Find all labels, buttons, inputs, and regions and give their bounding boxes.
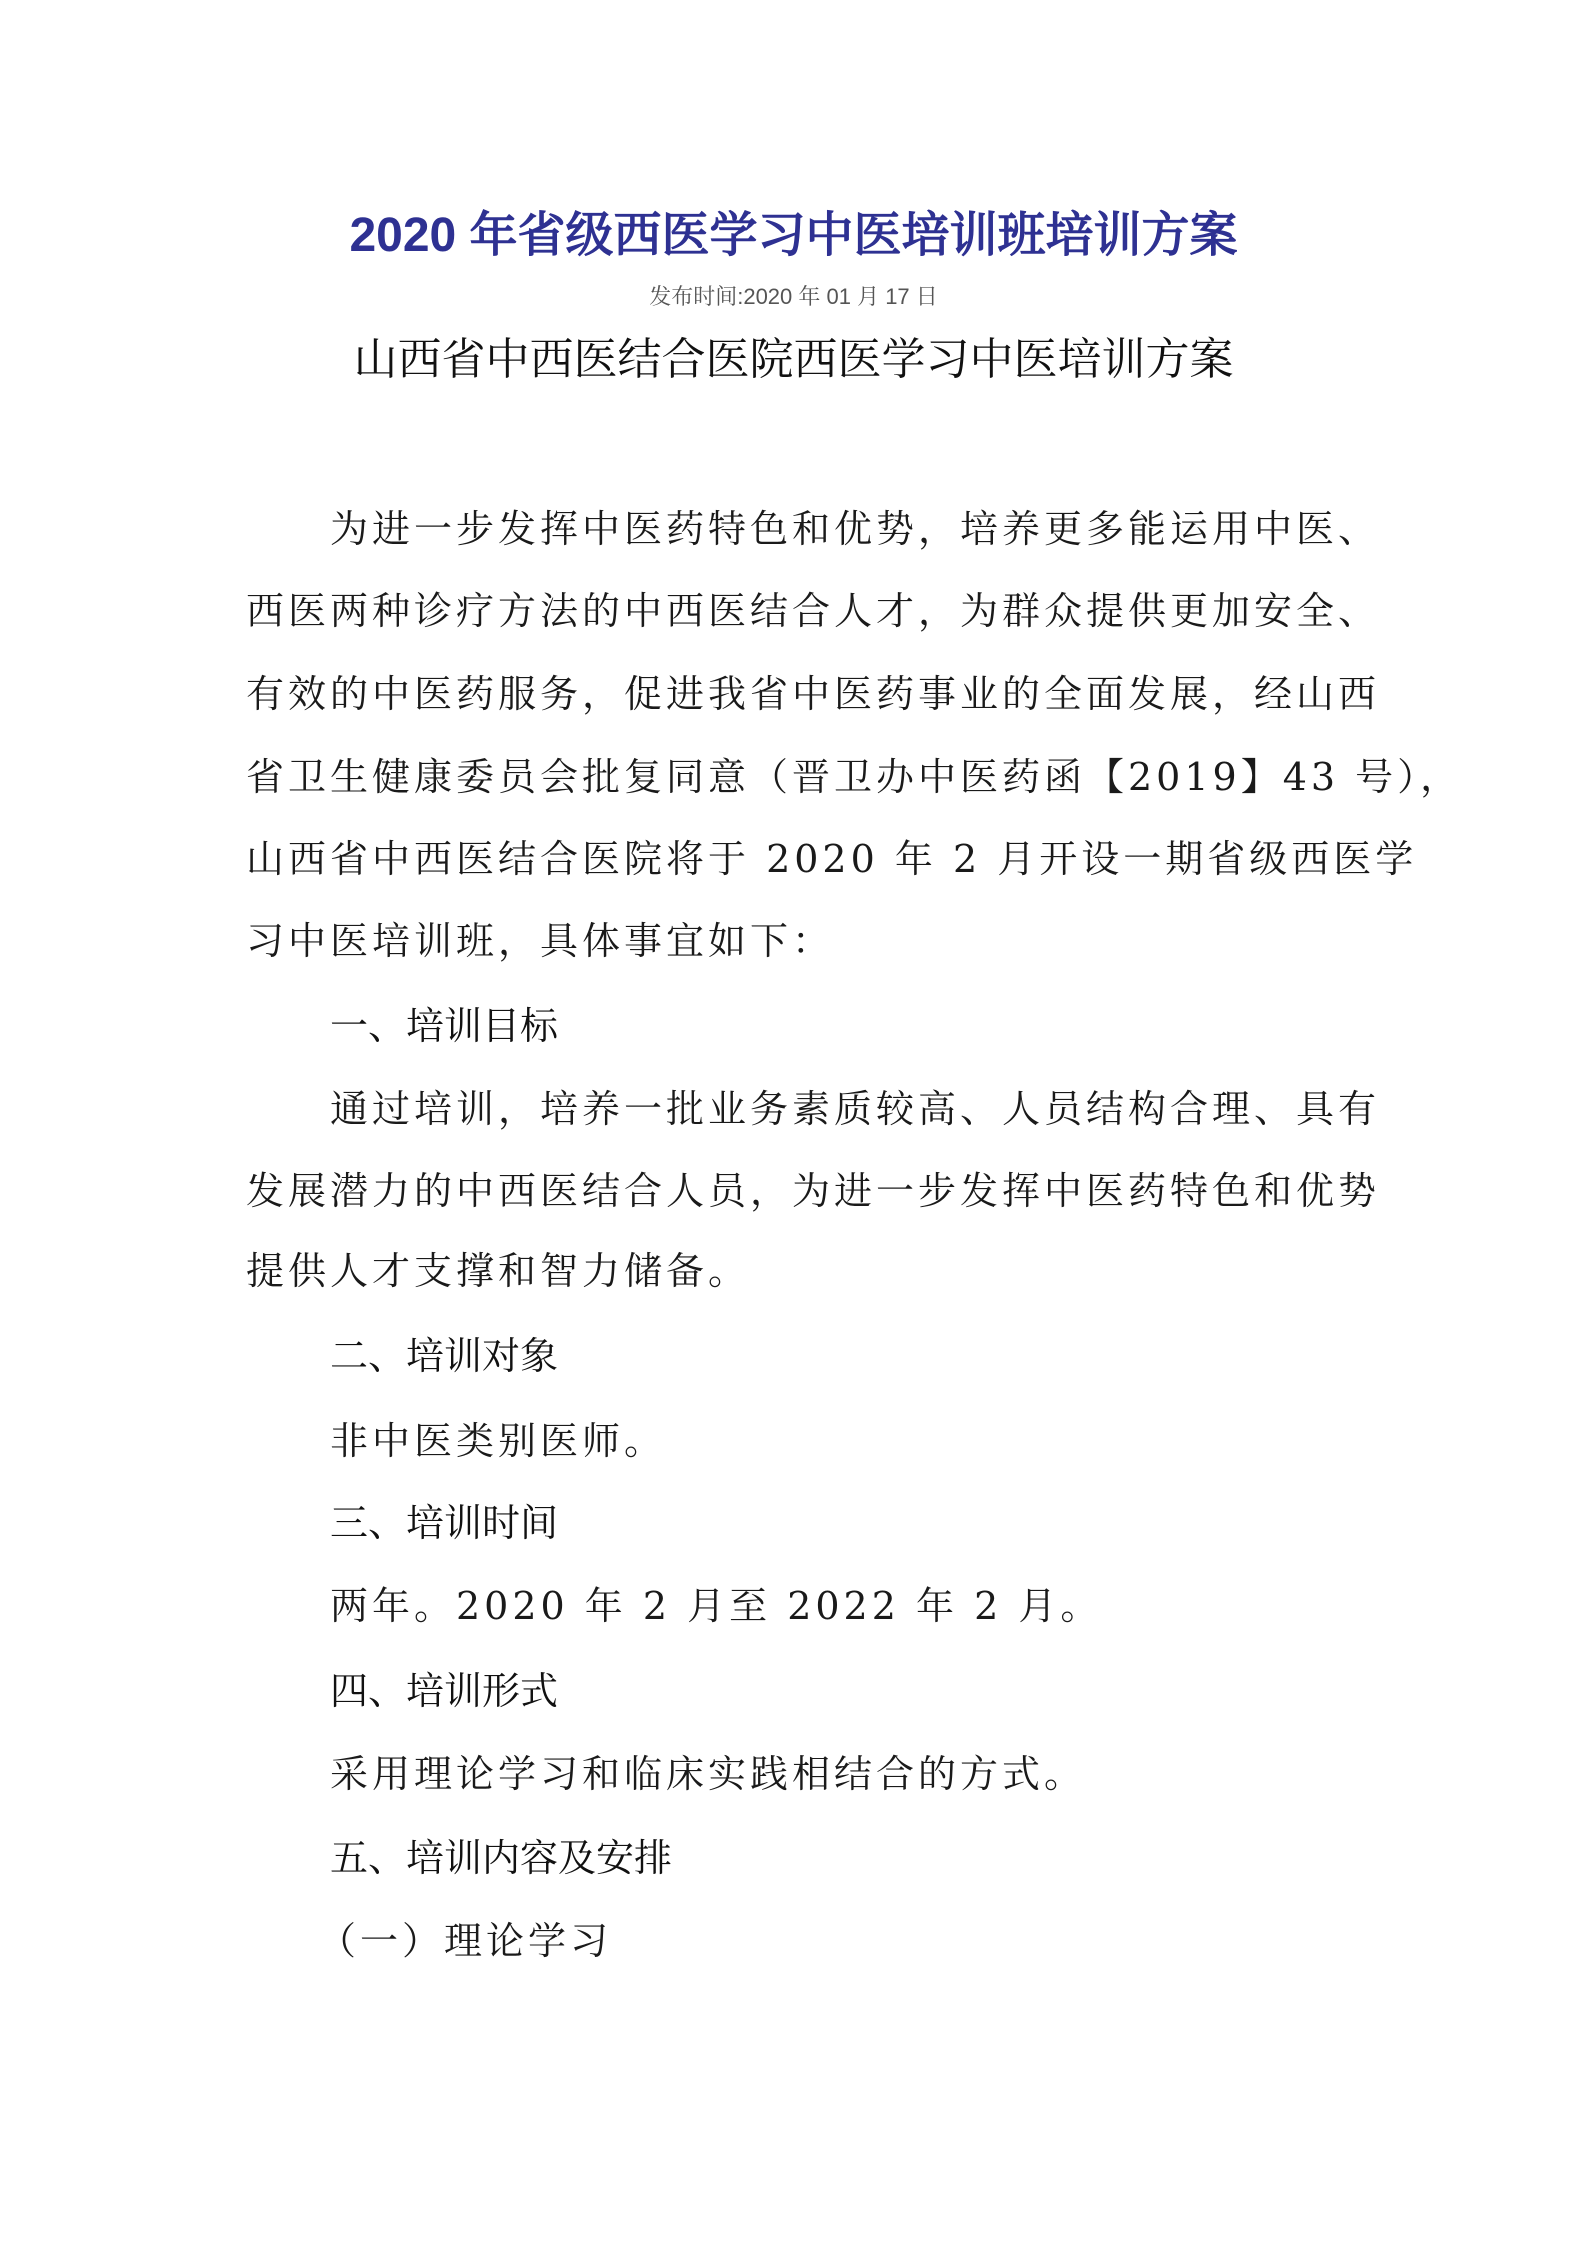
document-subtitle: 山西省中西医结合医院西医学习中医培训方案	[0, 330, 1587, 390]
intro-line: 西医两种诊疗方法的中西医结合人才，为群众提供更加安全、	[246, 586, 1366, 636]
intro-line: 有效的中医药服务，促进我省中医药事业的全面发展，经山西	[246, 669, 1366, 719]
intro-line: 省卫生健康委员会批复同意（晋卫办中医药函【2019】43 号），	[246, 752, 1366, 802]
subsection-heading-theory: （一）理论学习	[318, 1916, 1438, 1966]
section-heading-goal: 一、培训目标	[330, 1001, 558, 1051]
section-heading-format: 四、培训形式	[330, 1666, 558, 1716]
section-line: 提供人才支撑和智力储备。	[246, 1246, 1366, 1296]
section-line: 两年。2020 年 2 月至 2022 年 2 月。	[330, 1581, 1450, 1631]
intro-line: 为进一步发挥中医药特色和优势，培养更多能运用中医、	[330, 504, 1450, 554]
section-line: 通过培训，培养一批业务素质较高、人员结构合理、具有	[330, 1084, 1450, 1134]
section-line: 采用理论学习和临床实践相结合的方式。	[330, 1749, 1450, 1799]
section-heading-time: 三、培训时间	[330, 1498, 558, 1548]
document-page: 2020 年省级西医学习中医培训班培训方案 发布时间:2020 年 01 月 1…	[0, 0, 1587, 2245]
section-heading-content: 五、培训内容及安排	[330, 1833, 672, 1883]
document-title: 2020 年省级西医学习中医培训班培训方案	[0, 206, 1587, 266]
section-line: 非中医类别医师。	[330, 1416, 1450, 1466]
intro-line: 山西省中西医结合医院将于 2020 年 2 月开设一期省级西医学	[246, 834, 1366, 884]
section-heading-target: 二、培训对象	[330, 1331, 558, 1381]
intro-line: 习中医培训班，具体事宜如下：	[246, 916, 1366, 966]
section-line: 发展潜力的中西医结合人员，为进一步发挥中医药特色和优势	[246, 1166, 1366, 1216]
publish-date: 发布时间:2020 年 01 月 17 日	[0, 282, 1587, 312]
